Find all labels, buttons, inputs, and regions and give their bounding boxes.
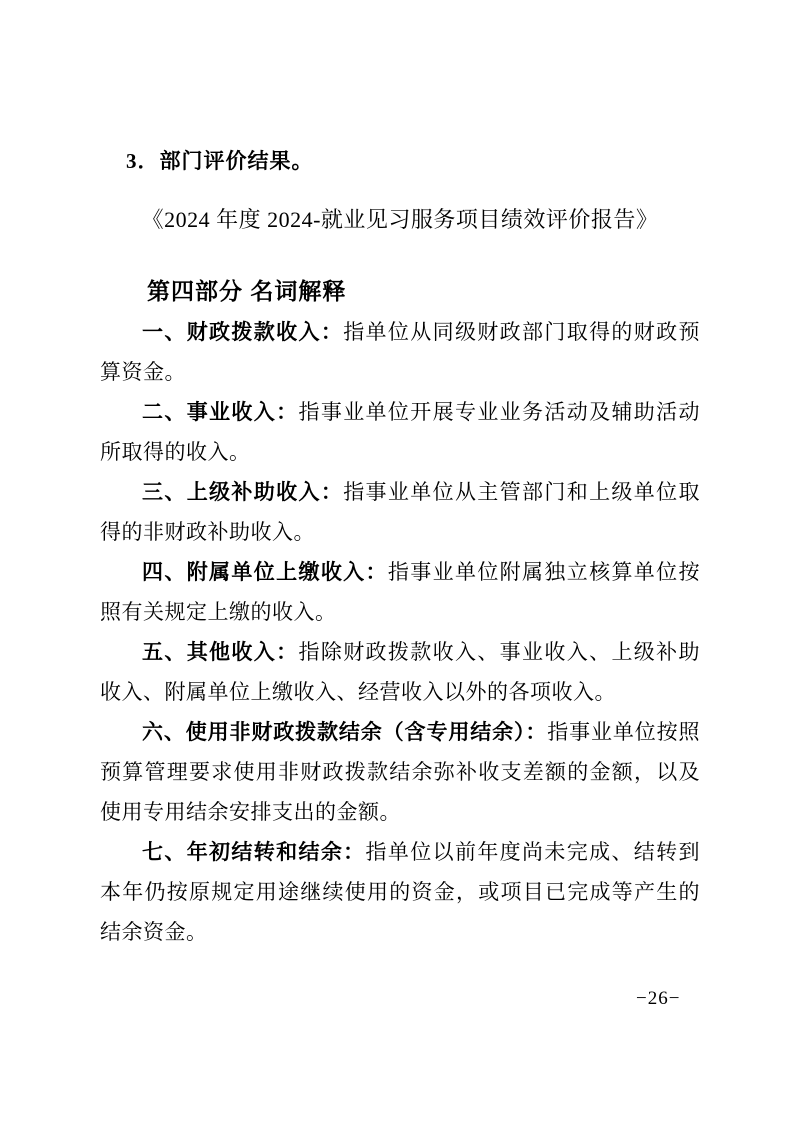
term-paragraph: 四、附属单位上缴收入：指事业单位附属独立核算单位按照有关规定上缴的收入。 xyxy=(100,552,700,632)
document-page: 3．部门评价结果。 《2024 年度 2024-就业见习服务项目绩效评价报告》 … xyxy=(0,0,793,1122)
term-label: 四、附属单位上缴收入： xyxy=(142,560,388,584)
section-heading: 3．部门评价结果。 xyxy=(126,145,314,175)
term-label: 二、事业收入： xyxy=(142,400,298,424)
term-paragraph: 六、使用非财政拨款结余（含专用结余）：指事业单位按照预算管理要求使用非财政拨款结… xyxy=(100,712,700,832)
term-paragraph: 五、其他收入：指除财政拨款收入、事业收入、上级补助收入、附属单位上缴收入、经营收… xyxy=(100,632,700,712)
page-number: −26− xyxy=(636,988,680,1010)
report-title: 《2024 年度 2024-就业见习服务项目绩效评价报告》 xyxy=(100,203,700,234)
term-paragraph: 三、上级补助收入：指事业单位从主管部门和上级单位取得的非财政补助收入。 xyxy=(100,472,700,552)
term-label: 一、财政拨款收入： xyxy=(142,320,343,344)
term-label: 三、上级补助收入： xyxy=(142,480,343,504)
term-label: 六、使用非财政拨款结余（含专用结余）： xyxy=(142,720,547,744)
part-heading: 第四部分 名词解释 xyxy=(147,273,346,306)
document-content: 3．部门评价结果。 《2024 年度 2024-就业见习服务项目绩效评价报告》 … xyxy=(100,0,700,1122)
terms-list: 一、财政拨款收入：指单位从同级财政部门取得的财政预算资金。 二、事业收入：指事业… xyxy=(100,312,700,952)
term-label: 七、年初结转和结余： xyxy=(142,840,366,864)
term-paragraph: 二、事业收入：指事业单位开展专业业务活动及辅助活动所取得的收入。 xyxy=(100,392,700,472)
term-paragraph: 七、年初结转和结余：指单位以前年度尚未完成、结转到本年仍按原规定用途继续使用的资… xyxy=(100,832,700,952)
term-label: 五、其他收入： xyxy=(142,640,298,664)
term-paragraph: 一、财政拨款收入：指单位从同级财政部门取得的财政预算资金。 xyxy=(100,312,700,392)
